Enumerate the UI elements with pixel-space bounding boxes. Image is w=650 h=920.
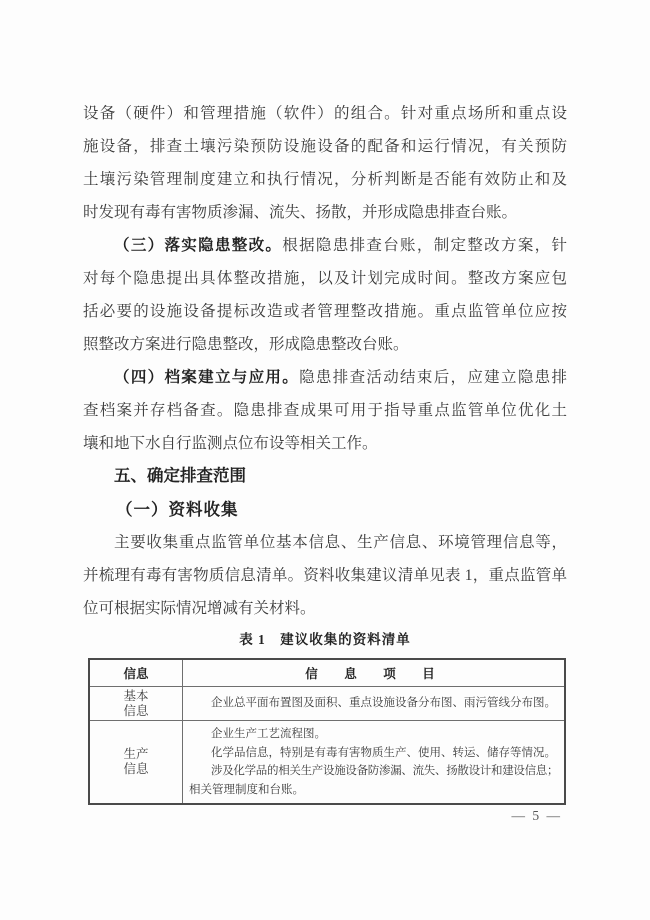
table-row: 基本 信息 企业总平面布置图及面积、重点设施设备分布图、雨污管线分布图。	[89, 687, 565, 721]
subsection-heading: （一）资料收集	[83, 493, 567, 526]
paragraph-4: 主要收集重点监管单位基本信息、生产信息、环境管理信息等， 并梳理有毒有害物质信息…	[83, 526, 567, 625]
item-line: 企业生产工艺流程图。	[189, 725, 560, 744]
paragraph-lead: （四）档案建立与应用。	[114, 369, 299, 386]
category-line: 信息	[90, 762, 182, 777]
paragraph-line: 并梳理有毒有害物质信息清单。资料收集建议清单见表 1，重点监管单	[83, 559, 567, 592]
category-line: 信息	[90, 704, 182, 719]
paragraph-line: 查档案并存档备查。隐患排查成果可用于指导重点监管单位优化土	[83, 394, 567, 427]
paragraph-3: （四）档案建立与应用。隐患排查活动结束后，应建立隐患排 查档案并存档备查。隐患排…	[83, 361, 567, 460]
table-cell-items: 企业生产工艺流程图。 化学品信息，特别是有毒有害物质生产、使用、转运、储存等情况…	[183, 721, 566, 805]
paragraph-text: 隐患排查活动结束后，应建立隐患排	[299, 369, 567, 386]
paragraph-line: 括必要的设施设备提标改造或者管理整改措施。重点监管单位应按	[83, 295, 567, 328]
paragraph-line: 土壤污染管理制度建立和执行情况，分析判断是否能有效防止和及	[83, 163, 567, 196]
document-page: 设备（硬件）和管理措施（软件）的组合。针对重点场所和重点设 施设备，排查土壤污染…	[0, 0, 650, 920]
paragraph-text: 根据隐患排查台账，制定整改方案，针	[282, 237, 567, 254]
table-cell-category: 生产 信息	[89, 721, 183, 805]
paragraph-line: 位可根据实际情况增减有关材料。	[83, 592, 567, 625]
table-row: 生产 信息 企业生产工艺流程图。 化学品信息，特别是有毒有害物质生产、使用、转运…	[89, 721, 565, 805]
data-table: 信息 信 息 项 目 基本 信息 企业总平面布置图及面积、重点设施设备分布图、雨…	[88, 658, 566, 805]
item-line: 相关管理制度和台账。	[189, 781, 560, 800]
item-line: 涉及化学品的相关生产设施设备防渗漏、流失、扬散设计和建设信息；	[189, 762, 560, 781]
category-line: 基本	[90, 689, 182, 704]
table-header-info: 信息	[89, 659, 183, 687]
paragraph-line: 设备（硬件）和管理措施（软件）的组合。针对重点场所和重点设	[83, 97, 567, 130]
paragraph-line: 对每个隐患提出具体整改措施，以及计划完成时间。整改方案应包	[83, 262, 567, 295]
paragraph-line: 时发现有毒有害物质渗漏、流失、扬散，并形成隐患排查台账。	[83, 196, 567, 229]
paragraph-line: 壤和地下水自行监测点位布设等相关工作。	[83, 427, 567, 460]
table-cell-items: 企业总平面布置图及面积、重点设施设备分布图、雨污管线分布图。	[183, 687, 566, 721]
page-content: 设备（硬件）和管理措施（软件）的组合。针对重点场所和重点设 施设备，排查土壤污染…	[83, 97, 567, 805]
item-line: 化学品信息，特别是有毒有害物质生产、使用、转运、储存等情况。	[189, 744, 560, 763]
paragraph-2: （三）落实隐患整改。根据隐患排查台账，制定整改方案，针 对每个隐患提出具体整改措…	[83, 229, 567, 361]
item-line: 企业总平面布置图及面积、重点设施设备分布图、雨污管线分布图。	[189, 694, 560, 713]
table-cell-category: 基本 信息	[89, 687, 183, 721]
table-caption: 表 1 建议收集的资料清单	[83, 627, 567, 653]
table-header-row: 信息 信 息 项 目	[89, 659, 565, 687]
paragraph-lead: （三）落实隐患整改。	[114, 237, 282, 254]
paragraph-line: 主要收集重点监管单位基本信息、生产信息、环境管理信息等，	[83, 526, 567, 559]
paragraph-line: 照整改方案进行隐患整改，形成隐患整改台账。	[83, 328, 567, 361]
paragraph-1: 设备（硬件）和管理措施（软件）的组合。针对重点场所和重点设 施设备，排查土壤污染…	[83, 97, 567, 229]
table-header-info-items: 信 息 项 目	[183, 659, 566, 687]
category-line: 生产	[90, 747, 182, 762]
page-number: — 5 —	[512, 806, 563, 826]
paragraph-line: （四）档案建立与应用。隐患排查活动结束后，应建立隐患排	[83, 361, 567, 394]
paragraph-line: （三）落实隐患整改。根据隐患排查台账，制定整改方案，针	[83, 229, 567, 262]
paragraph-line: 施设备，排查土壤污染预防设施设备的配备和运行情况，有关预防	[83, 130, 567, 163]
section-heading: 五、确定排查范围	[83, 460, 567, 493]
